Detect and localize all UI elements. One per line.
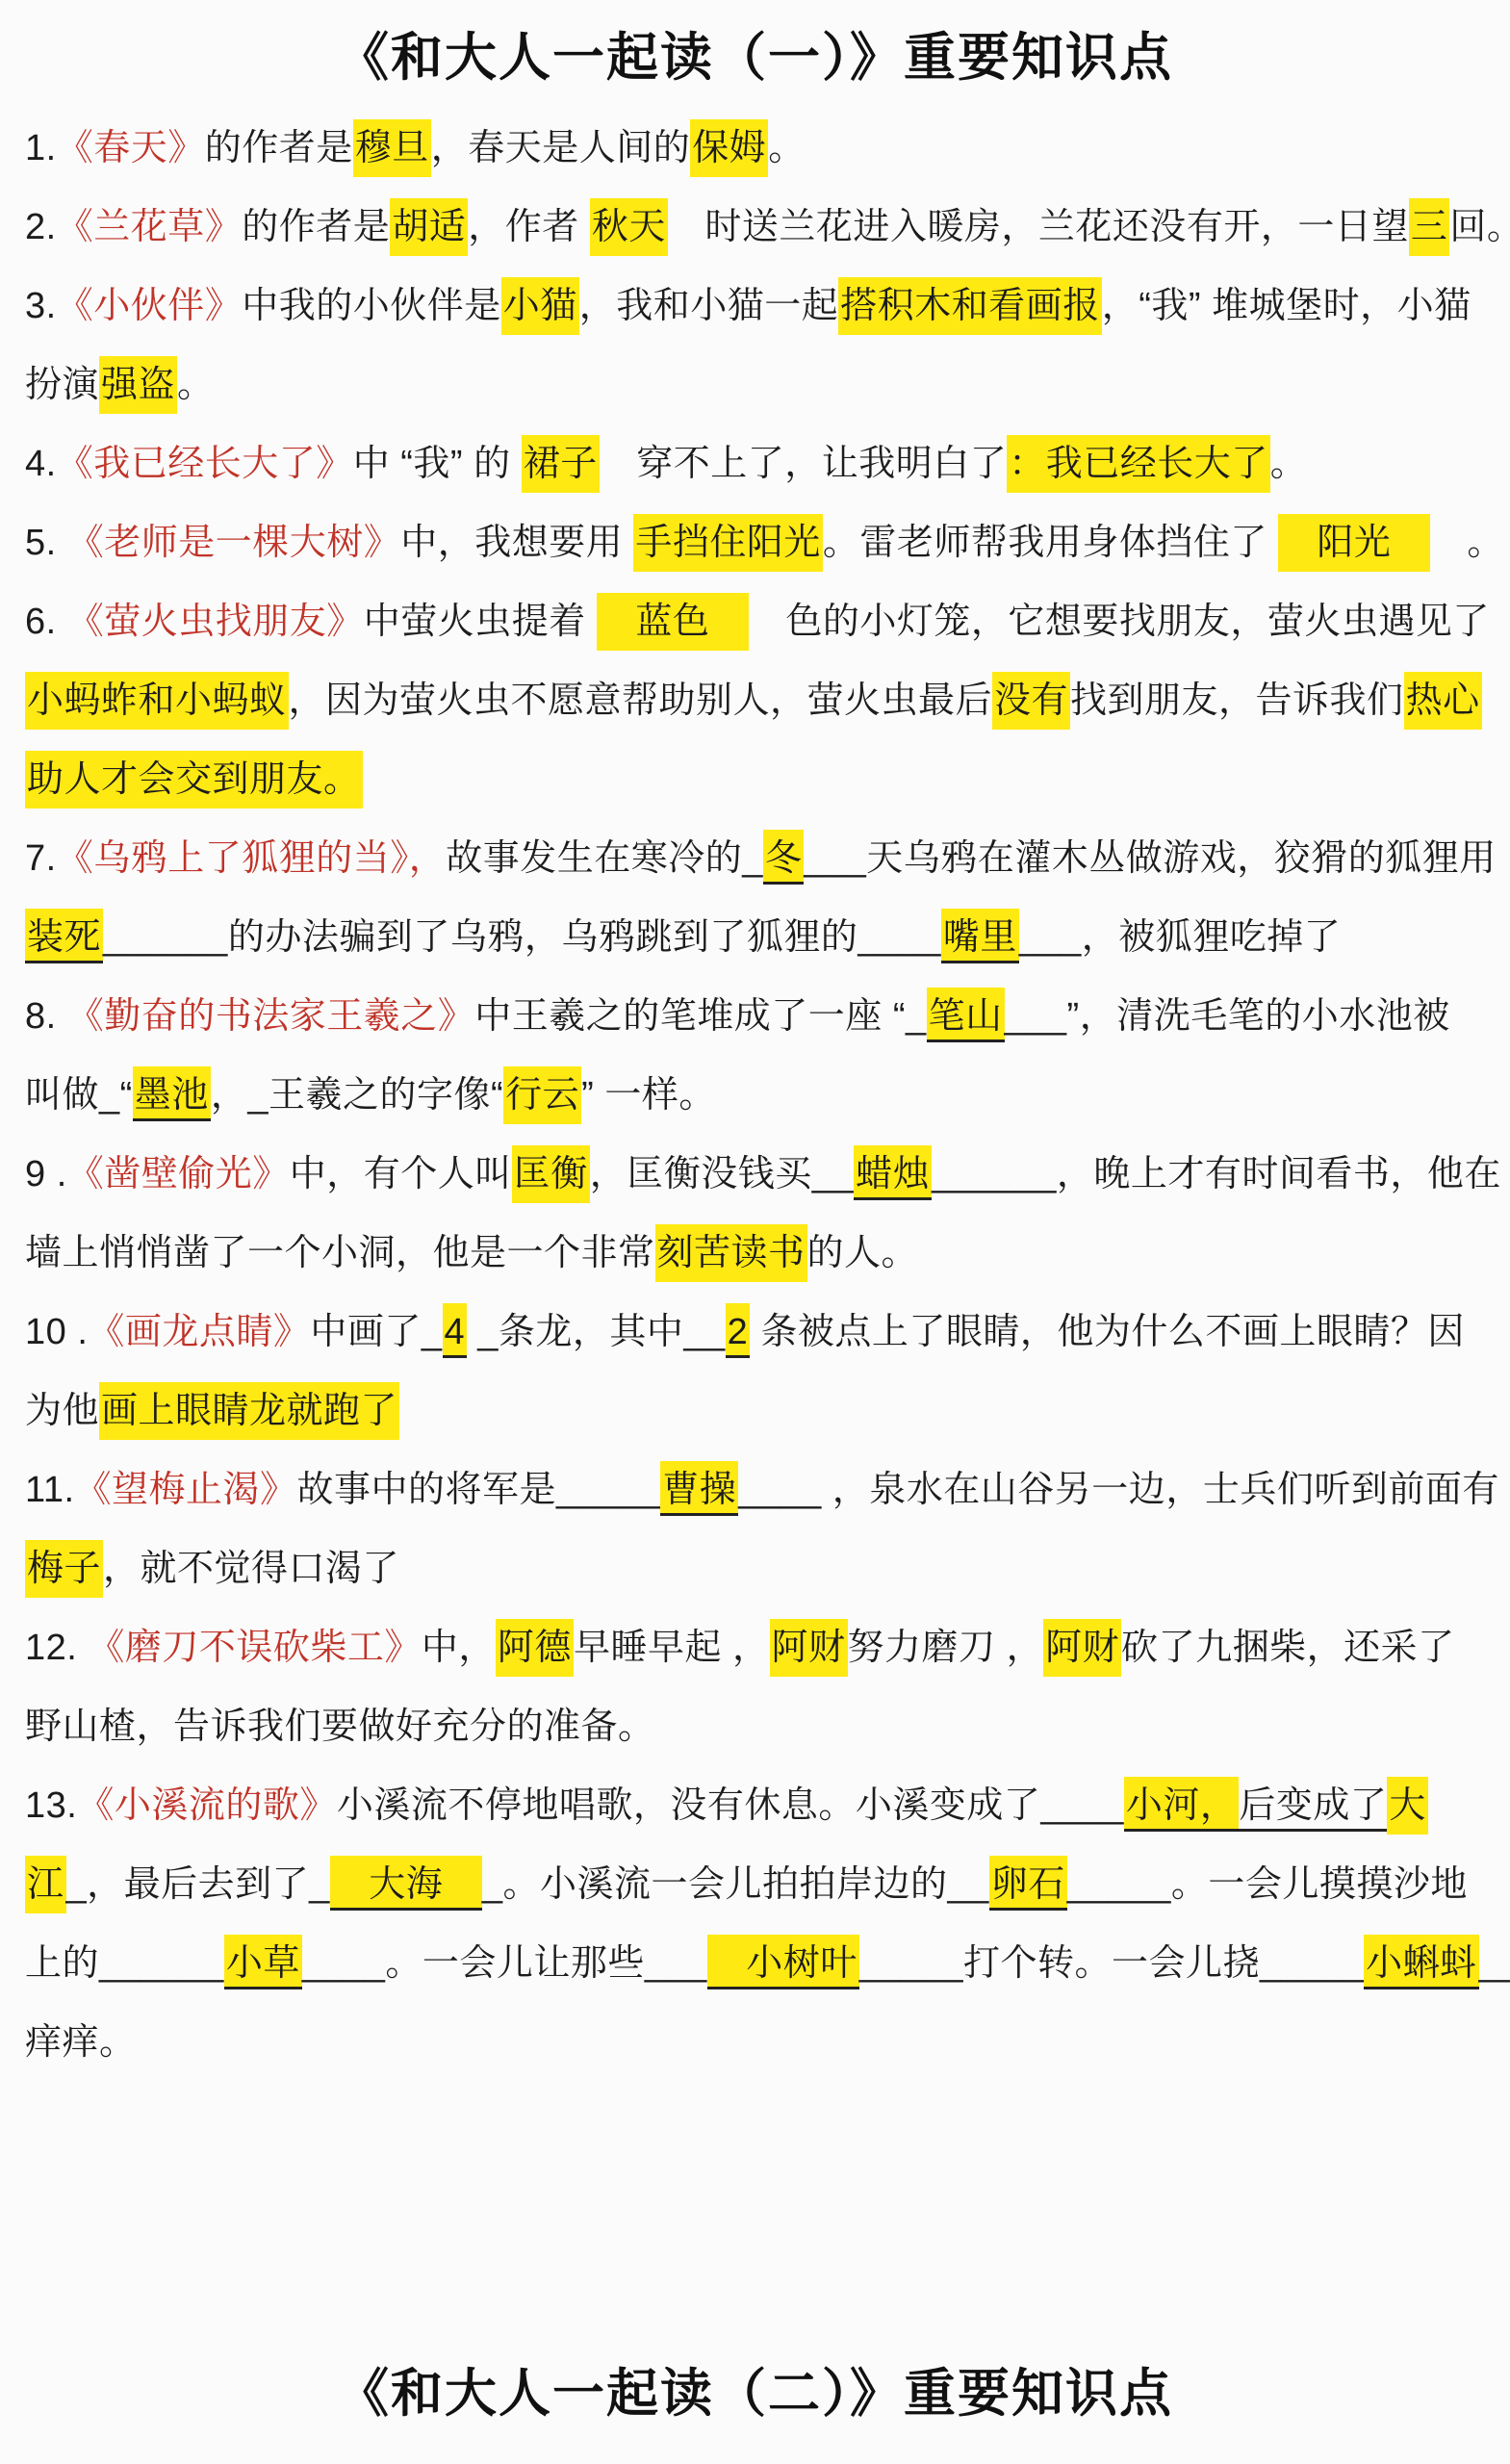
item-10-line-1: 10 .《画龙点睛》中画了_4 _条龙，其中__2 条被点上了眼睛，他为什么不画… <box>25 1293 1485 1372</box>
text-segment: 为他 <box>25 1391 99 1431</box>
text-segment: _条龙，其中__ <box>467 1312 725 1352</box>
text-segment: 10 . <box>25 1312 88 1352</box>
item-5-line-1: 5. 《老师是一棵大树》中，我想要用 手挡住阳光。雷老师帮我用身体挡住了 阳光 … <box>25 503 1485 582</box>
highlighted-answer-text: 助人才会交到朋友。 <box>25 751 363 808</box>
text-segment: 中 “我” 的 <box>353 444 522 484</box>
highlighted-answer-text: 秋天 <box>590 198 668 256</box>
highlighted-answer-text: 手挡住阳光 <box>633 514 823 572</box>
item-3-line-2: 扮演强盗。 <box>25 346 1485 424</box>
highlighted-answer-text: 阿财 <box>1043 1619 1121 1677</box>
highlighted-answer-text: 搭积木和看画报 <box>838 277 1102 335</box>
page-title-part1: 《和大人一起读（一）》重要知识点 <box>0 0 1510 90</box>
text-segment: 砍了九捆柴，还采了 <box>1121 1628 1455 1668</box>
highlighted-answer-text: 卵石 <box>989 1856 1067 1911</box>
item-13-line-1: 13.《小溪流的歌》小溪流不停地唱歌，没有休息。小溪变成了____小河，后变成了… <box>25 1766 1485 1845</box>
book-title-text: 《春天》 <box>57 128 205 168</box>
highlighted-answer-text: 曹操 <box>660 1461 738 1516</box>
text-segment: 中萤火虫提着 <box>364 602 597 642</box>
item-12-line-2: 野山楂，告诉我们要做好充分的准备。 <box>25 1687 1485 1766</box>
highlighted-answer-text: 江 <box>25 1856 66 1913</box>
text-segment: 努力磨刀 ， <box>848 1628 1044 1668</box>
highlighted-answer-text: 小猫 <box>501 277 579 335</box>
item-7-line-2: 装死______的办法骗到了乌鸦，乌鸦跳到了狐狸的____嘴里___，被狐狸吃掉… <box>25 898 1485 977</box>
text-segment: 条被点上了眼睛，他为什么不画上眼睛？因 <box>750 1312 1465 1352</box>
highlighted-answer-text: 热心 <box>1404 672 1482 730</box>
highlighted-answer-text: 画上眼睛龙就跑了 <box>99 1382 399 1440</box>
text-segment: ______，晚上才有时间看书，他在 <box>932 1154 1501 1194</box>
text-segment: 中，有个人叫 <box>290 1154 512 1194</box>
text-segment: ，我和小猫一起 <box>579 286 839 326</box>
text-segment: 3. <box>25 286 57 326</box>
highlighted-answer-text: 蜡烛 <box>854 1145 932 1200</box>
text-segment: 中我的小伙伴是 <box>242 286 501 326</box>
highlighted-answer-text: 大海 <box>330 1856 482 1911</box>
text-segment: ，因为萤火虫不愿意帮助别人，萤火虫最后 <box>289 680 993 721</box>
text-segment: 12. <box>25 1628 88 1668</box>
highlighted-answer-text: 冬 <box>763 830 805 885</box>
text-segment: ___”，清洗毛笔的小水池被 <box>1005 996 1450 1037</box>
item-13-line-2: 江_，最后去到了_ 大海 _。小溪流一会儿拍拍岸边的__卵石_____。一会儿摸… <box>25 1845 1485 1924</box>
text-segment: ____ ，泉水在山谷另一边，士兵们听到前面有 <box>738 1470 1499 1510</box>
text-segment: _，最后去到了_ <box>66 1864 330 1905</box>
text-segment: 。 <box>177 365 215 405</box>
text-segment: 野山楂，告诉我们要做好充分的准备。 <box>25 1707 655 1747</box>
highlighted-answer-text: 三 <box>1409 198 1450 256</box>
highlighted-answer-text: 没有 <box>992 672 1070 730</box>
text-segment: 找到朋友，告诉我们 <box>1070 680 1404 721</box>
text-segment: ，匡衡没钱买__ <box>590 1154 854 1194</box>
text-segment: 扮演 <box>25 365 99 405</box>
text-segment: 早睡早起 ， <box>574 1628 770 1668</box>
book-title-text: 《望梅止渴》 <box>75 1470 297 1510</box>
text-segment: 。 <box>768 128 806 168</box>
highlighted-answer-text: 小树叶 <box>707 1935 859 1989</box>
highlighted-answer-text: 大 <box>1387 1777 1428 1835</box>
book-title-text: 《萤火虫找朋友》 <box>67 602 364 642</box>
text-segment: ____。一会儿让那些___ <box>302 1943 707 1984</box>
text-segment: ___，被狐狸吃掉了 <box>1019 917 1341 958</box>
text-segment: 回。 <box>1449 207 1510 247</box>
text-segment: 6. <box>25 602 67 642</box>
highlighted-answer-text: 匡衡 <box>512 1145 590 1203</box>
item-6-line-2: 小蚂蚱和小蚂蚁，因为萤火虫不愿意帮助别人，萤火虫最后没有找到朋友，告诉我们热心 <box>25 661 1485 740</box>
item-11-line-2: 梅子，就不觉得口渴了 <box>25 1529 1485 1608</box>
document-page: 《和大人一起读（一）》重要知识点 1.《春天》的作者是穆旦，春天是人间的保姆。2… <box>0 0 1510 2464</box>
highlighted-answer-text: 小蝌蚪 <box>1364 1935 1479 1989</box>
book-title-text: 《画龙点睛》 <box>88 1312 310 1352</box>
text-segment: 的作者是 <box>205 128 353 168</box>
text-segment: 的人。 <box>807 1233 919 1273</box>
text-segment: 故事发生在寒冷的_ <box>446 838 763 879</box>
text-segment: 4. <box>25 444 57 484</box>
highlighted-answer-text: 阿财 <box>770 1619 848 1677</box>
highlighted-answer-text: 笔山 <box>927 988 1005 1042</box>
text-segment: 穿不上了，让我明白了 <box>600 444 1008 484</box>
text-segment: 。 <box>1430 523 1504 563</box>
item-2-line-1: 2.《兰花草》的作者是胡适，作者 秋天 时送兰花进入暖房，兰花还没有开，一日望三… <box>25 188 1485 267</box>
item-4-line-1: 4.《我已经长大了》中 “我” 的 裙子 穿不上了，让我明白了：我已经长大了。 <box>25 424 1485 503</box>
text-segment: 8. <box>25 996 67 1037</box>
book-title-text: 《乌鸦上了狐狸的当》， <box>57 838 447 879</box>
text-segment: ______的办法骗到了乌鸦，乌鸦跳到了狐狸的____ <box>103 917 941 958</box>
highlighted-answer-text: 小草 <box>224 1935 302 1989</box>
text-segment: ，_王羲之的字像“ <box>211 1075 503 1116</box>
highlighted-answer-text: 裙子 <box>522 435 600 493</box>
text-segment: 13. <box>25 1785 77 1826</box>
highlighted-answer-text: 刻苦读书 <box>655 1224 807 1282</box>
text-segment: 中王羲之的笔堆成了一座 “_ <box>474 996 926 1037</box>
text-segment: 叫做_“ <box>25 1075 133 1116</box>
text-segment: ，作者 <box>468 207 590 247</box>
text-segment: 1. <box>25 128 57 168</box>
highlighted-answer-text: 强盗 <box>99 356 177 414</box>
highlighted-answer-text: 梅子 <box>25 1540 103 1598</box>
text-segment: ，就不觉得口渴了 <box>103 1549 399 1589</box>
item-10-line-2: 为他画上眼睛龙就跑了 <box>25 1372 1485 1450</box>
text-segment: 中， <box>422 1628 496 1668</box>
highlighted-answer-text: 阳光 <box>1278 514 1430 572</box>
text-segment: 的作者是 <box>242 207 390 247</box>
text-segment: 9 . <box>25 1154 67 1194</box>
book-title-text: 《小溪流的歌》 <box>77 1785 337 1826</box>
text-segment: 时送兰花进入暖房，兰花还没有开，一日望 <box>668 207 1409 247</box>
text-segment: _。小溪流一会儿拍拍岸边的__ <box>482 1864 989 1905</box>
highlighted-answer-text: 装死 <box>25 909 103 963</box>
item-8-line-1: 8. 《勤奋的书法家王羲之》中王羲之的笔堆成了一座 “_笔山___”，清洗毛笔的… <box>25 977 1485 1056</box>
book-title-text: 《磨刀不误砍柴工》 <box>88 1628 422 1668</box>
book-title-text: 《凿壁偷光》 <box>67 1154 290 1194</box>
highlighted-answer-text: ：我已经长大了 <box>1007 435 1270 493</box>
book-title-text: 《勤奋的书法家王羲之》 <box>67 996 475 1037</box>
highlighted-answer-text: 阿德 <box>496 1619 574 1677</box>
text-segment: ，春天是人间的 <box>431 128 691 168</box>
item-7-line-1: 7.《乌鸦上了狐狸的当》，故事发生在寒冷的_冬___天乌鸦在灌木丛做游戏，狡猾的… <box>25 819 1485 898</box>
item-9-line-2: 墙上悄悄凿了一个小洞，他是一个非常刻苦读书的人。 <box>25 1214 1485 1293</box>
underlined-answer-text: 后变成了 <box>1239 1785 1387 1832</box>
item-1-line-1: 1.《春天》的作者是穆旦，春天是人间的保姆。 <box>25 109 1485 188</box>
text-segment: ” 一样。 <box>581 1075 716 1116</box>
text-segment: 。 <box>1270 444 1308 484</box>
highlighted-answer-text: 小蚂蚱和小蚂蚁 <box>25 672 289 730</box>
item-3-line-1: 3.《小伙伴》中我的小伙伴是小猫，我和小猫一起搭积木和看画报，“我” 堆城堡时，… <box>25 267 1485 346</box>
text-segment: 11. <box>25 1470 75 1510</box>
text-segment: 小溪流不停地唱歌，没有休息。小溪变成了____ <box>337 1785 1124 1826</box>
book-title-text: 《老师是一棵大树》 <box>67 523 401 563</box>
text-segment: 中，我想要用 <box>400 523 633 563</box>
text-segment: 色的小灯笼，它想要找朋友，萤火虫遇见了 <box>749 602 1490 642</box>
text-segment: ___天乌鸦在灌木丛做游戏，狡猾的狐狸用 <box>804 838 1496 879</box>
text-segment: 中画了_ <box>310 1312 442 1352</box>
book-title-text: 《小伙伴》 <box>57 286 243 326</box>
highlighted-answer-text: 墨池 <box>133 1066 211 1121</box>
highlighted-answer-text: 保姆 <box>690 119 768 177</box>
text-segment: _____。一会儿摸摸沙地 <box>1067 1864 1468 1905</box>
item-9-line-1: 9 .《凿壁偷光》中，有个人叫匡衡，匡衡没钱买__蜡烛______，晚上才有时间… <box>25 1135 1485 1214</box>
highlighted-answer-text: 嘴里 <box>941 909 1019 963</box>
item-8-line-2: 叫做_“墨池，_王羲之的字像“行云” 一样。 <box>25 1056 1485 1135</box>
text-segment: 墙上悄悄凿了一个小洞，他是一个非常 <box>25 1233 655 1273</box>
text-segment: 痒痒。 <box>25 2022 137 2063</box>
text-segment: 5. <box>25 523 67 563</box>
highlighted-answer-text: 蓝色 <box>597 593 749 651</box>
highlighted-answer-text: 小河， <box>1124 1777 1240 1832</box>
item-12-line-1: 12. 《磨刀不误砍柴工》中，阿德早睡早起 ，阿财努力磨刀 ，阿财砍了九捆柴，还… <box>25 1608 1485 1687</box>
highlighted-answer-text: 胡适 <box>390 198 468 256</box>
text-segment: 故事中的将军是_____ <box>297 1470 661 1510</box>
item-11-line-1: 11.《望梅止渴》故事中的将军是_____曹操____ ，泉水在山谷另一边，士兵… <box>25 1450 1485 1529</box>
highlighted-answer-text: 2 <box>726 1303 751 1358</box>
text-segment: __ <box>1479 1943 1510 1984</box>
highlighted-answer-text: 穆旦 <box>353 119 431 177</box>
knowledge-points-list: 1.《春天》的作者是穆旦，春天是人间的保姆。2.《兰花草》的作者是胡适，作者 秋… <box>0 109 1510 2082</box>
text-segment: _____打个转。一会儿挠_____ <box>859 1943 1364 1984</box>
book-title-text: 《我已经长大了》 <box>57 444 353 484</box>
highlighted-answer-text: 4 <box>443 1303 468 1358</box>
text-segment: 2. <box>25 207 57 247</box>
page-title-part2: 《和大人一起读（二）》重要知识点 <box>0 2363 1510 2425</box>
text-segment: ，“我” 堆城堡时，小猫 <box>1102 286 1472 326</box>
text-segment: 。雷老师帮我用身体挡住了 <box>823 523 1278 563</box>
text-segment: 上的______ <box>25 1943 224 1984</box>
item-6-line-3: 助人才会交到朋友。 <box>25 740 1485 819</box>
item-13-line-4: 痒痒。 <box>25 2003 1485 2082</box>
highlighted-answer-text: 行云 <box>503 1066 581 1124</box>
book-title-text: 《兰花草》 <box>57 207 243 247</box>
item-6-line-1: 6. 《萤火虫找朋友》中萤火虫提着 蓝色 色的小灯笼，它想要找朋友，萤火虫遇见了 <box>25 582 1485 661</box>
text-segment: 7. <box>25 838 57 879</box>
item-13-line-3: 上的______小草____。一会儿让那些___ 小树叶_____打个转。一会儿… <box>25 1924 1485 2003</box>
